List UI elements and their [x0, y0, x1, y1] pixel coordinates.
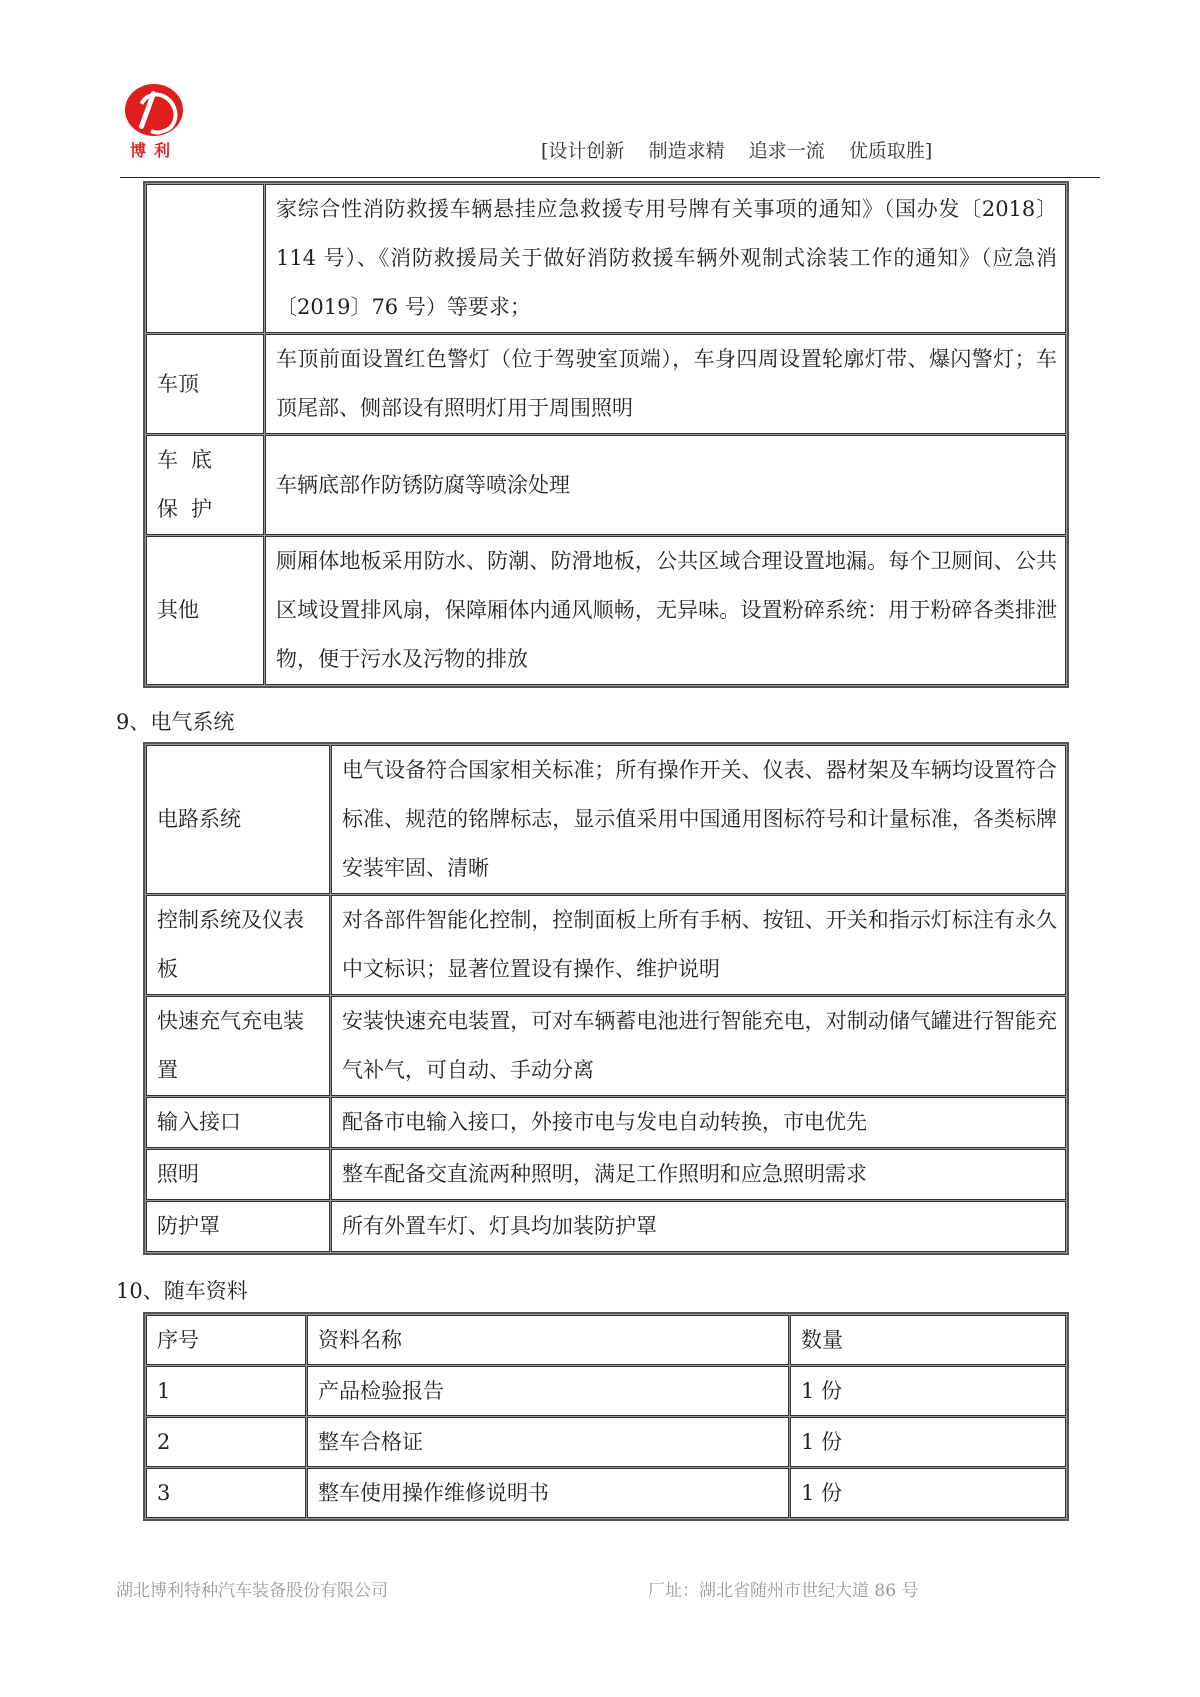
column-header: 序号: [146, 1315, 306, 1365]
table-row: 照明 整车配备交直流两种照明，满足工作照明和应急照明需求: [146, 1149, 1066, 1200]
row-label: 输入接口: [146, 1097, 330, 1148]
row-content: 安装快速充电装置，可对车辆蓄电池进行智能充电，对制动储气罐进行智能充气补气，可自…: [331, 996, 1066, 1096]
row-label: 防护罩: [146, 1201, 330, 1252]
cell-index: 3: [146, 1468, 306, 1518]
footer-company: 湖北博利特种汽车装备股份有限公司: [116, 1576, 388, 1601]
table-row: 3 整车使用操作维修说明书 1 份: [146, 1468, 1066, 1518]
row-label: 车顶: [146, 334, 264, 434]
section-title-documents: 10、随车资料: [116, 1275, 248, 1305]
table-header-row: 序号 资料名称 数量: [146, 1315, 1066, 1365]
row-content: 家综合性消防救援车辆悬挂应急救援专用号牌有关事项的通知》（国办发〔2018〕11…: [265, 184, 1066, 333]
row-label: 照明: [146, 1149, 330, 1200]
table-row: 防护罩 所有外置车灯、灯具均加装防护罩: [146, 1201, 1066, 1252]
table-row: 输入接口 配备市电输入接口，外接市电与发电自动转换，市电优先: [146, 1097, 1066, 1148]
electrical-spec-table: 电路系统 电气设备符合国家相关标准；所有操作开关、仪表、器材架及车辆均设置符合标…: [143, 742, 1069, 1255]
documents-table: 序号 资料名称 数量 1 产品检验报告 1 份 2 整车合格证 1 份 3 整车…: [143, 1312, 1069, 1521]
cell-index: 2: [146, 1417, 306, 1467]
section-title-electrical: 9、电气系统: [116, 706, 234, 736]
cell-name: 整车合格证: [307, 1417, 789, 1467]
row-label: 电路系统: [146, 745, 330, 894]
cell-quantity: 1 份: [790, 1366, 1066, 1416]
row-content: 车辆底部作防锈防腐等喷涂处理: [265, 435, 1066, 535]
company-logo: 博利: [123, 84, 185, 160]
row-content: 车顶前面设置红色警灯（位于驾驶室顶端），车身四周设置轮廓灯带、爆闪警灯；车顶尾部…: [265, 334, 1066, 434]
row-label: 车底保护: [146, 435, 264, 535]
header-divider: [120, 177, 1100, 178]
cell-name: 整车使用操作维修说明书: [307, 1468, 789, 1518]
row-content: 配备市电输入接口，外接市电与发电自动转换，市电优先: [331, 1097, 1066, 1148]
body-spec-table: 家综合性消防救援车辆悬挂应急救援专用号牌有关事项的通知》（国办发〔2018〕11…: [143, 181, 1069, 688]
cell-quantity: 1 份: [790, 1417, 1066, 1467]
logo-swirl-icon: [125, 84, 183, 136]
table-row: 车底保护 车辆底部作防锈防腐等喷涂处理: [146, 435, 1066, 535]
row-label: 其他: [146, 536, 264, 685]
row-label: 控制系统及仪表板: [146, 895, 330, 995]
table-row: 家综合性消防救援车辆悬挂应急救援专用号牌有关事项的通知》（国办发〔2018〕11…: [146, 184, 1066, 333]
cell-index: 1: [146, 1366, 306, 1416]
table-row: 控制系统及仪表板 对各部件智能化控制，控制面板上所有手柄、按钮、开关和指示灯标注…: [146, 895, 1066, 995]
row-label: 快速充气充电装置: [146, 996, 330, 1096]
column-header: 数量: [790, 1315, 1066, 1365]
table-row: 车顶 车顶前面设置红色警灯（位于驾驶室顶端），车身四周设置轮廓灯带、爆闪警灯；车…: [146, 334, 1066, 434]
row-content: 整车配备交直流两种照明，满足工作照明和应急照明需求: [331, 1149, 1066, 1200]
footer-address: 厂址：湖北省随州市世纪大道 86 号: [648, 1576, 918, 1601]
cell-quantity: 1 份: [790, 1468, 1066, 1518]
logo-text: 博利: [123, 138, 185, 161]
cell-name: 产品检验报告: [307, 1366, 789, 1416]
table-row: 快速充气充电装置 安装快速充电装置，可对车辆蓄电池进行智能充电，对制动储气罐进行…: [146, 996, 1066, 1096]
row-content: 对各部件智能化控制，控制面板上所有手柄、按钮、开关和指示灯标注有永久中文标识；显…: [331, 895, 1066, 995]
row-content: 电气设备符合国家相关标准；所有操作开关、仪表、器材架及车辆均设置符合标准、规范的…: [331, 745, 1066, 894]
row-content: 所有外置车灯、灯具均加装防护罩: [331, 1201, 1066, 1252]
table-row: 1 产品检验报告 1 份: [146, 1366, 1066, 1416]
table-row: 电路系统 电气设备符合国家相关标准；所有操作开关、仪表、器材架及车辆均设置符合标…: [146, 745, 1066, 894]
table-row: 2 整车合格证 1 份: [146, 1417, 1066, 1467]
table-row: 其他 厕厢体地板采用防水、防潮、防滑地板，公共区域合理设置地漏。每个卫厕间、公共…: [146, 536, 1066, 685]
header-motto: [设计创新 制造求精 追求一流 优质取胜]: [541, 136, 932, 163]
row-label: [146, 184, 264, 333]
column-header: 资料名称: [307, 1315, 789, 1365]
row-content: 厕厢体地板采用防水、防潮、防滑地板，公共区域合理设置地漏。每个卫厕间、公共区域设…: [265, 536, 1066, 685]
